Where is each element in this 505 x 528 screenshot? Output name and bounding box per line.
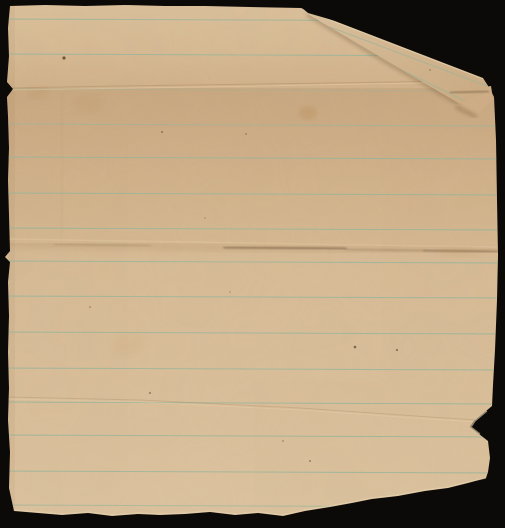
scanned-paper-photo [0,0,505,528]
paper-grain-texture [0,0,505,528]
photo-frame [0,0,505,528]
